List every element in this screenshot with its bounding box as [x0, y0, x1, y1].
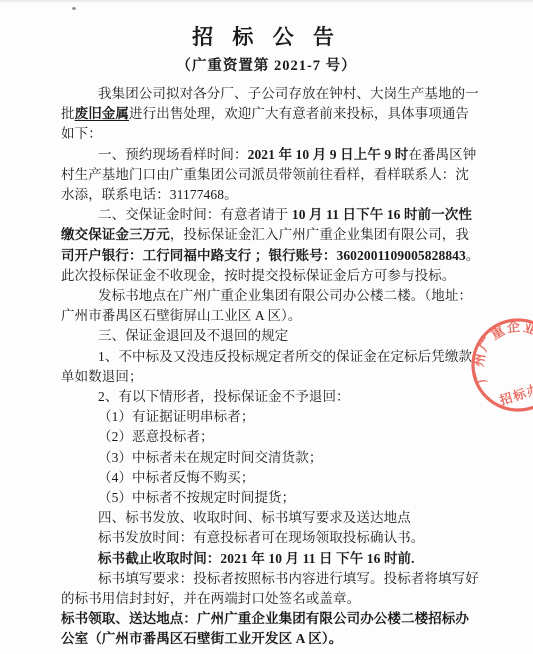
text-segment: 缴交保证金三万元	[61, 227, 170, 242]
text-segment: 水添，联系电话：31177468。	[61, 187, 238, 202]
text-segment: 进行出售处理，欢迎广大有意者前来投标，具体事项通告	[129, 106, 469, 121]
text-line: 标书领取、送达地点：广州广重企业集团有限公司办公楼二楼招标办	[61, 609, 533, 629]
text-segment: 在番禺区钟	[408, 147, 476, 162]
text-line: 标书截止收取时间：2021 年 10 月 11 日 下午 16 时前.	[61, 549, 533, 569]
text-segment: 发标书地点在广州广重企业集团有限公司办公楼二楼。（地址：	[98, 288, 472, 303]
text-line: 一、预约现场看样时间：2021 年 10 月 9 日上午 9 时在番禺区钟	[61, 145, 533, 165]
text-line: 我集团公司拟对各分厂、子公司存放在钟村、大岗生产基地的一	[61, 84, 533, 104]
text-segment: 批	[61, 106, 75, 121]
svg-text:广州广重企业集团: 广州广重企业集团	[459, 306, 533, 386]
text-segment: 单如数退回；	[61, 369, 143, 384]
document-page: 招 标 公 告 （广重资置第 2021-7 号） 我集团公司拟对各分厂、子公司存…	[0, 0, 533, 654]
text-segment: 如下：	[61, 126, 102, 141]
text-segment: 2、有以下情形者，投标保证金不予退回：	[98, 389, 350, 404]
text-segment: 广州市番禺区石壁街屏山工业区 A 区）。	[61, 308, 302, 323]
text-line: 公室（广州市番禺区石壁街工业开发区 A 区）。	[61, 629, 533, 649]
text-line: 缴交保证金三万元，投标保证金汇入广州广重企业集团有限公司，我	[61, 225, 533, 245]
text-segment: 标书填写要求：投标者按照标书内容进行填写。投标者将填写好	[98, 571, 479, 586]
text-line: 二、交保证金时间：有意者请于 10 月 11 日下午 16 时前一次性	[61, 205, 533, 225]
text-segment: 的标书用信封封好，并在两端封口处签名或盖章。	[61, 591, 360, 606]
text-segment: 标书发放时间：有意投标者可在现场领取投标确认书。	[98, 530, 424, 545]
text-segment: 三、保证金退回及不退回的规定	[98, 328, 288, 343]
text-line: 司开户银行：工行同福中路支行 ；银行账号：3602001109005828843…	[61, 246, 533, 266]
text-segment: 此次投标保证金不收现金，按时提交投标保证金后方可参与投标。	[61, 268, 455, 283]
text-line: 如下：	[61, 124, 533, 144]
text-line: 的标书用信封封好，并在两端封口处签名或盖章。	[61, 589, 533, 609]
text-segment: 2021 年 10 月 9 日上午 9 时	[248, 147, 409, 162]
text-segment: 司开户银行：工行同福中路支行 ；银行账号：3602001109005828843	[61, 248, 466, 263]
text-line: 发标书地点在广州广重企业集团有限公司办公楼二楼。（地址：	[61, 286, 533, 306]
text-segment: （3）中标者未在规定时间交清货款；	[98, 450, 322, 465]
text-segment: 1、不中标及又没违反投标规定者所交的保证金在定标后凭缴款	[98, 349, 472, 364]
text-segment: 一、预约现场看样时间：	[98, 147, 248, 162]
text-segment: 二、交保证金时间：有意者请于	[98, 207, 292, 222]
scan-artifact-dot	[72, 7, 76, 10]
text-segment: 我集团公司拟对各分厂、子公司存放在钟村、大岗生产基地的一	[98, 86, 479, 101]
text-line: 此次投标保证金不收现金，按时提交投标保证金后方可参与投标。	[61, 266, 533, 286]
text-segment: 四、标书发放、收取时间、标书填写要求及送达地点	[98, 510, 411, 525]
text-line: 村生产基地门口由广重集团公司派员带领前往看样，看样联系人：沈	[61, 165, 533, 185]
text-segment: 标书截止收取时间：2021 年 10 月 11 日 下午 16 时前.	[98, 551, 415, 566]
text-segment: （1）有证据证明串标者；	[98, 409, 254, 424]
text-segment: ，投标保证金汇入广州广重企业集团有限公司，我	[170, 227, 469, 242]
text-segment: （5）中标者不按规定时间提货；	[98, 490, 295, 505]
text-line: （5）中标者不按规定时间提货；	[61, 488, 533, 508]
document-title: 招 标 公 告	[0, 0, 533, 52]
seal-office-text: 招标办公	[497, 376, 533, 408]
text-line: （4）中标者反悔不购买；	[61, 468, 533, 488]
text-segment: 标书领取、送达地点：广州广重企业集团有限公司办公楼二楼招标办	[61, 611, 469, 626]
document-number: （广重资置第 2021-7 号）	[0, 54, 533, 75]
text-segment: （4）中标者反悔不购买；	[98, 470, 254, 485]
seal-arc-text: 广州广重企业集团	[459, 306, 533, 386]
text-line: （2）恶意投标者；	[61, 427, 533, 447]
text-line: 标书填写要求：投标者按照标书内容进行填写。投标者将填写好	[61, 569, 533, 589]
text-line: 标书发放时间：有意投标者可在现场领取投标确认书。	[61, 528, 533, 548]
text-line: 批废旧金属进行出售处理，欢迎广大有意者前来投标，具体事项通告	[61, 104, 533, 124]
text-segment: 10 月 11 日下午 16 时前一次性	[292, 207, 472, 222]
text-line: 水添，联系电话：31177468。	[61, 185, 533, 205]
text-line: （3）中标者未在规定时间交清货款；	[61, 448, 533, 468]
text-segment: 废旧金属	[75, 106, 129, 121]
text-segment: （2）恶意投标者；	[98, 429, 214, 444]
text-segment: 。	[466, 248, 480, 263]
text-segment: 公室（广州市番禺区石壁街工业开发区 A 区）。	[61, 631, 342, 646]
text-segment: 村生产基地门口由广重集团公司派员带领前往看样，看样联系人：沈	[61, 167, 469, 182]
text-line: （1）有证据证明串标者；	[61, 407, 533, 427]
text-line: 四、标书发放、收取时间、标书填写要求及送达地点	[61, 508, 533, 528]
